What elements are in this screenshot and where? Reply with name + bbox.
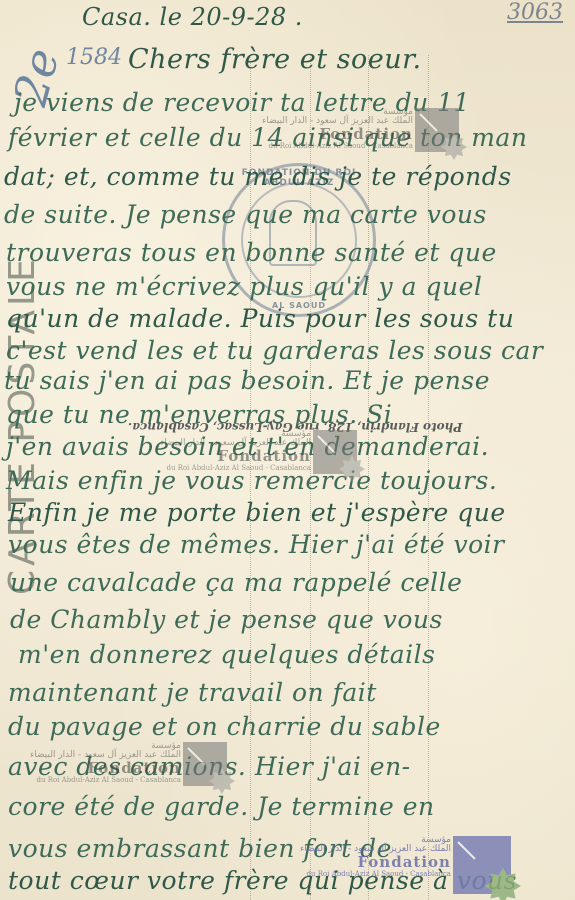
letter-line: c'est vend les et tu garderas les sous c…	[6, 336, 543, 365]
letter-greeting: Chers frère et soeur.	[128, 44, 422, 75]
watermark-subtitle: du Roi Abdul-Aziz Al Saoud - Casablanca	[30, 777, 181, 784]
foundation-logo-icon	[183, 742, 227, 786]
foundation-logo-icon	[313, 430, 357, 474]
foundation-logo-icon	[453, 836, 511, 894]
watermark-subtitle: du Roi Abdul-Aziz Al Saoud - Casablanca	[262, 143, 413, 150]
letter-line: trouveras tous en bonne santé et que	[6, 238, 497, 267]
letter-line: une cavalcade ça ma rappelé celle	[10, 568, 462, 597]
letter-line: vous ne m'écrivez plus qu'il y a quel	[6, 272, 482, 301]
postcard-back: 3063 2e 1584 FONDATION DU ROI ABDUL AZIZ…	[0, 0, 575, 900]
archive-number: 3063	[507, 0, 563, 25]
letter-line: de Chambly et je pense que vous	[10, 605, 443, 634]
letter-line: vous êtes de mêmes. Hier j'ai été voir	[8, 530, 505, 559]
letter-line: dat; et, comme tu me dis je te réponds	[4, 162, 512, 191]
watermark-subtitle: du Roi Abdul-Aziz Al Saoud - Casablanca	[300, 871, 451, 878]
letter-date: Casa. le 20-9-28 .	[82, 3, 303, 31]
foundation-watermark-color: مؤسسة الملك عبد العزيز آل سعود - الدار ا…	[300, 836, 511, 894]
foundation-logo-icon	[415, 108, 459, 152]
letter-line: m'en donnerez quelques détails	[18, 640, 435, 669]
letter-line: Enfin je me porte bien et j'espère que	[8, 498, 506, 527]
watermark-fondation: Fondation	[160, 449, 311, 465]
letter-line: maintenant je travail on fait	[8, 678, 377, 707]
watermark-subtitle: du Roi Abdul-Aziz Al Saoud - Casablanca	[160, 465, 311, 472]
letter-line: qu'un de malade. Puis pour les sous tu	[6, 304, 514, 333]
foundation-watermark: مؤسسة الملك عبد العزيز آل سعود - الدار ا…	[30, 742, 227, 786]
letter-line: de suite. Je pense que ma carte vous	[4, 200, 487, 229]
letter-line: que tu ne m'enverras plus. Si	[6, 400, 392, 429]
letter-line: tu sais j'en ai pas besoin. Et je pense	[4, 366, 490, 395]
letter-line: du pavage et on charrie du sable	[8, 712, 441, 741]
foundation-watermark: مؤسسة الملك عبد العزيز آل سعود - الدار ا…	[262, 108, 459, 152]
letter-line: core été de garde. Je termine en	[8, 792, 435, 821]
watermark-fondation: Fondation	[300, 855, 451, 871]
watermark-fondation: Fondation	[30, 761, 181, 777]
watermark-fondation: Fondation	[262, 127, 413, 143]
foundation-watermark: مؤسسة الملك عبد العزيز آل سعود - الدار ا…	[160, 430, 357, 474]
pencil-reference: 1584	[66, 45, 122, 70]
